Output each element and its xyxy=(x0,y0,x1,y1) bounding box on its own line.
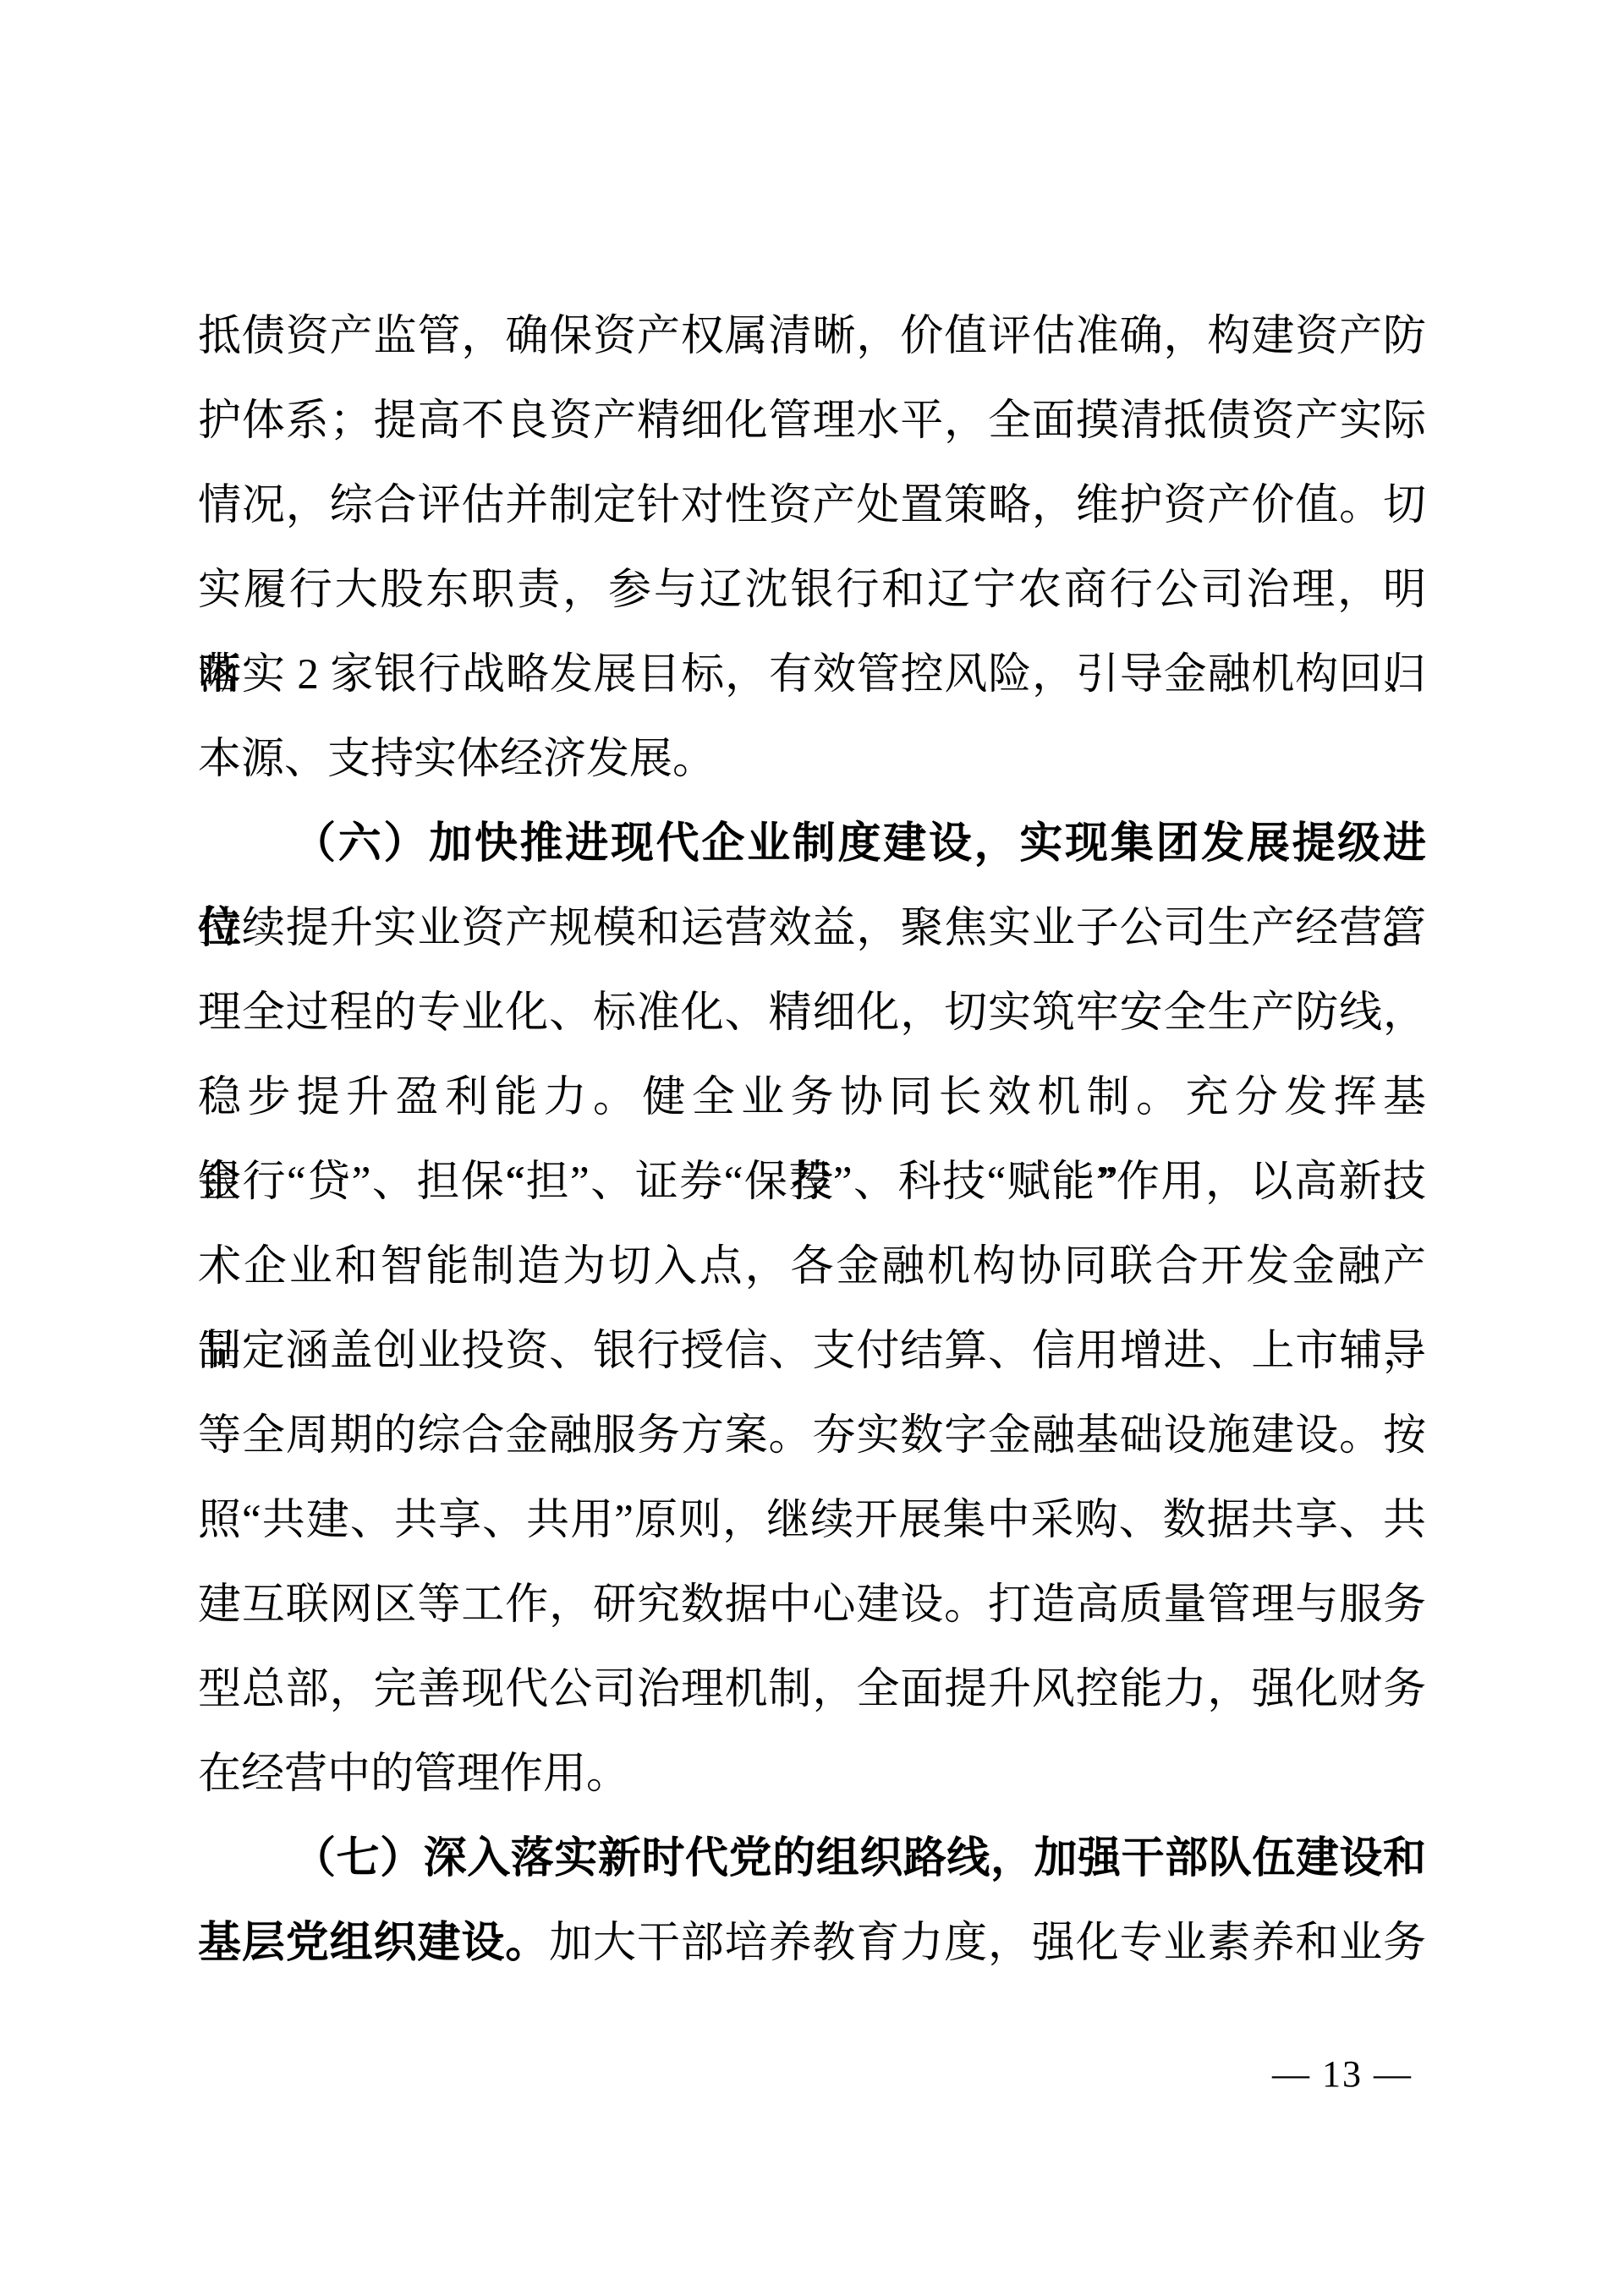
page-number: — 13 — xyxy=(1272,2052,1413,2096)
text-segment: 理全过程的专业化、标准化、精细化，切实筑牢安全生产防线， xyxy=(198,989,1426,1037)
text-segment: 建互联网区等工作，研究数据中心建设。打造高质量管理与服务 xyxy=(198,1581,1426,1629)
text-segment: （七）深入落实新时代党的组织路线，加强干部队伍建设和 xyxy=(293,1835,1426,1882)
body-line: 持续提升实业资产规模和运营效益，聚焦实业子公司生产经营管 xyxy=(198,886,1426,971)
text-segment: 抵债资产监管，确保资产权属清晰，价值评估准确，构建资产防 xyxy=(198,313,1426,360)
body-line: 稳步提升盈利能力。健全业务协同长效机制。充分发挥基金“投”、 xyxy=(198,1055,1426,1140)
body-line: 实履行大股东职责，参与辽沈银行和辽宁农商行公司治理，明晰、 xyxy=(198,548,1426,633)
body-line: 落实 2 家银行战略发展目标，有效管控风险，引导金融机构回归 xyxy=(198,633,1426,717)
body-line: 理全过程的专业化、标准化、精细化，切实筑牢安全生产防线， xyxy=(198,971,1426,1055)
body-line: 型总部，完善现代公司治理机制，全面提升风控能力，强化财务 xyxy=(198,1647,1426,1732)
body-line: 基层党组织建设。加大干部培养教育力度，强化专业素养和业务 xyxy=(198,1901,1426,1986)
body-line: 术企业和智能制造为切入点，各金融机构协同联合开发金融产品， xyxy=(198,1225,1426,1309)
heading-line: （七）深入落实新时代党的组织路线，加强干部队伍建设和 xyxy=(198,1817,1426,1901)
body-line: 本源、支持实体经济发展。 xyxy=(198,717,1426,802)
text-segment: 护体系；提高不良资产精细化管理水平，全面摸清抵债资产实际 xyxy=(198,397,1426,445)
body-line: 等全周期的综合金融服务方案。夯实数字金融基础设施建设。按 xyxy=(198,1394,1426,1478)
text-segment: 基层党组织建设。 xyxy=(198,1920,549,1967)
body-line: 情况，综合评估并制定针对性资产处置策略，维护资产价值。切 xyxy=(198,463,1426,548)
body-line: 制定涵盖创业投资、银行授信、支付结算、信用增进、上市辅导 xyxy=(198,1309,1426,1394)
text-segment: 在经营中的管理作用。 xyxy=(198,1751,629,1798)
body-line: 照“共建、共享、共用”原则，继续开展集中采购、数据共享、共 xyxy=(198,1478,1426,1563)
text-segment: 银行“贷”、担保“担”、证券“保荐”、科技“赋能”作用，以高新技 xyxy=(198,1159,1426,1206)
body-line: 建互联网区等工作，研究数据中心建设。打造高质量管理与服务 xyxy=(198,1563,1426,1647)
text-segment: 持续提升实业资产规模和运营效益，聚焦实业子公司生产经营管 xyxy=(198,905,1426,952)
body-line: 银行“贷”、担保“担”、证券“保荐”、科技“赋能”作用，以高新技 xyxy=(198,1140,1426,1225)
text-segment: 情况，综合评估并制定针对性资产处置策略，维护资产价值。切 xyxy=(198,482,1426,529)
text-segment: 制定涵盖创业投资、银行授信、支付结算、信用增进、上市辅导 xyxy=(198,1328,1426,1375)
text-segment: 等全周期的综合金融服务方案。夯实数字金融基础设施建设。按 xyxy=(198,1412,1426,1460)
text-segment: 落实 2 家银行战略发展目标，有效管控风险，引导金融机构回归 xyxy=(198,651,1426,699)
heading-line: （六）加快推进现代企业制度建设，实现集团发展提级进位。 xyxy=(198,802,1426,886)
document-body: 抵债资产监管，确保资产权属清晰，价值评估准确，构建资产防护体系；提高不良资产精细… xyxy=(198,294,1426,1986)
text-segment: 本源、支持实体经济发展。 xyxy=(198,736,716,783)
body-line: 护体系；提高不良资产精细化管理水平，全面摸清抵债资产实际 xyxy=(198,379,1426,463)
text-segment: 加大干部培养教育力度，强化专业素养和业务 xyxy=(549,1920,1426,1967)
body-line: 抵债资产监管，确保资产权属清晰，价值评估准确，构建资产防 xyxy=(198,294,1426,379)
body-line: 在经营中的管理作用。 xyxy=(198,1732,1426,1817)
text-segment: 型总部，完善现代公司治理机制，全面提升风控能力，强化财务 xyxy=(198,1666,1426,1713)
text-segment: 照“共建、共享、共用”原则，继续开展集中采购、数据共享、共 xyxy=(198,1497,1426,1544)
